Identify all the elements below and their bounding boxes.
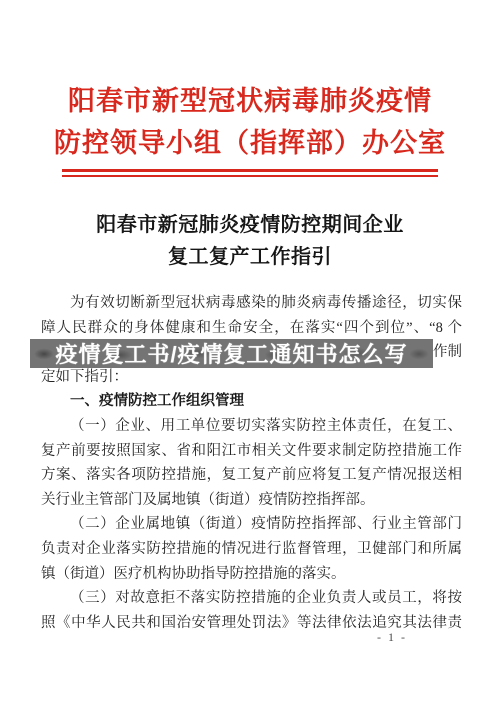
letterhead-title: 阳春市新型冠状病毒肺炎疫情 防控领导小组（指挥部）办公室 xyxy=(0,80,500,164)
paragraph-1-line-1: 为有效切断新型冠状病毒感染的肺炎病毒传播途径，切实保 xyxy=(41,291,462,316)
paragraph-1-line-4: 定如下指引： xyxy=(41,365,462,390)
page-number: - 1 - xyxy=(377,630,407,645)
paragraph-1-line-2: 障人民群众的身体健康和生命安全，在落实“四个到位”、“8 个 xyxy=(41,316,462,341)
letterhead-line1: 阳春市新型冠状病毒肺炎疫情 xyxy=(0,80,500,122)
document-title-line2: 复工复产工作指引 xyxy=(0,241,500,273)
section-1-heading: 一、疫情防控工作组织管理 xyxy=(41,389,462,414)
watermark-banner-text: 疫情复工书/疫情复工通知书怎么写 xyxy=(55,339,407,368)
paragraph-2-line-3: 方案、落实各项防控措施，复工复产前应将复工复产情况报送相 xyxy=(41,463,462,488)
paragraph-3-line-1: （二）企业属地镇（街道）疫情防控指挥部、行业主管部门 xyxy=(41,512,462,537)
document-page: 阳春市新型冠状病毒肺炎疫情 防控领导小组（指挥部）办公室 阳春市新冠肺炎疫情防控… xyxy=(0,0,500,707)
paragraph-2-line-1: （一）企业、用工单位要切实落实防控主体责任，在复工、 xyxy=(41,414,462,439)
paragraph-4-line-1: （三）对故意拒不落实防控措施的企业负责人或员工，将按 xyxy=(41,586,462,611)
paragraph-2-line-4: 关行业主管部门及属地镇（街道）疫情防控指挥部。 xyxy=(41,488,462,513)
letterhead-divider-rule xyxy=(62,169,438,177)
document-title: 阳春市新冠肺炎疫情防控期间企业 复工复产工作指引 xyxy=(0,209,500,273)
letterhead-line2: 防控领导小组（指挥部）办公室 xyxy=(0,122,500,164)
paragraph-3-line-3: 镇（街道）医疗机构协助指导防控措施的落实。 xyxy=(41,562,462,587)
paragraph-2-line-2: 复产前要按照国家、省和阳江市相关文件要求制定防控措施工作 xyxy=(41,439,462,464)
watermark-banner: 疫情复工书/疫情复工通知书怎么写 xyxy=(30,339,433,368)
paragraph-3-line-2: 负责对企业落实防控措施的情况进行监督管理，卫健部门和所属 xyxy=(41,537,462,562)
document-title-line1: 阳春市新冠肺炎疫情防控期间企业 xyxy=(0,209,500,241)
